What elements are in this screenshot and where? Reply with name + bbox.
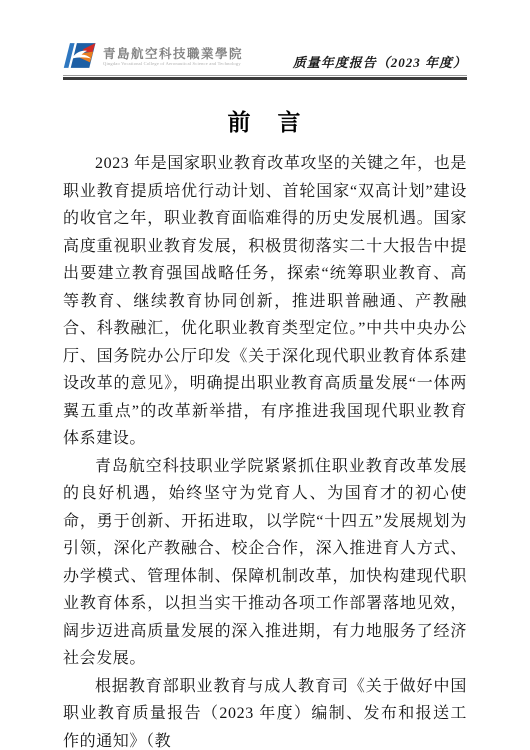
college-name-en: Qingdao Vocational College of Aeronautic… xyxy=(103,61,243,67)
preface-paragraph: 青岛航空科技职业学院紧紧抓住职业教育改革发展的良好机遇，始终坚守为党育人、为国育… xyxy=(63,453,467,673)
college-name-zh: 青島航空科技職業學院 xyxy=(103,47,243,61)
preface-paragraph: 2023 年是国家职业教育改革攻坚的关键之年，也是职业教育提质培优行动计划、首轮… xyxy=(63,150,467,453)
college-brand: 青島航空科技職業學院 Qingdao Vocational College of… xyxy=(63,42,243,72)
report-title: 质量年度报告（2023 年度） xyxy=(293,52,467,72)
college-name-block: 青島航空科技職業學院 Qingdao Vocational College of… xyxy=(103,42,243,67)
header-rule-thick xyxy=(63,77,467,80)
page-header: 青島航空科技職業學院 Qingdao Vocational College of… xyxy=(63,40,467,72)
preface-body: 2023 年是国家职业教育改革攻坚的关键之年，也是职业教育提质培优行动计划、首轮… xyxy=(63,150,467,750)
preface-paragraph: 根据教育部职业教育与成人教育司《关于做好中国职业教育质量报告（2023 年度）编… xyxy=(63,673,467,750)
header-rule-thin xyxy=(63,75,467,76)
document-page: 青島航空科技職業學院 Qingdao Vocational College of… xyxy=(0,0,530,750)
page-title: 前 言 xyxy=(63,104,467,137)
college-logo-icon xyxy=(63,42,97,72)
